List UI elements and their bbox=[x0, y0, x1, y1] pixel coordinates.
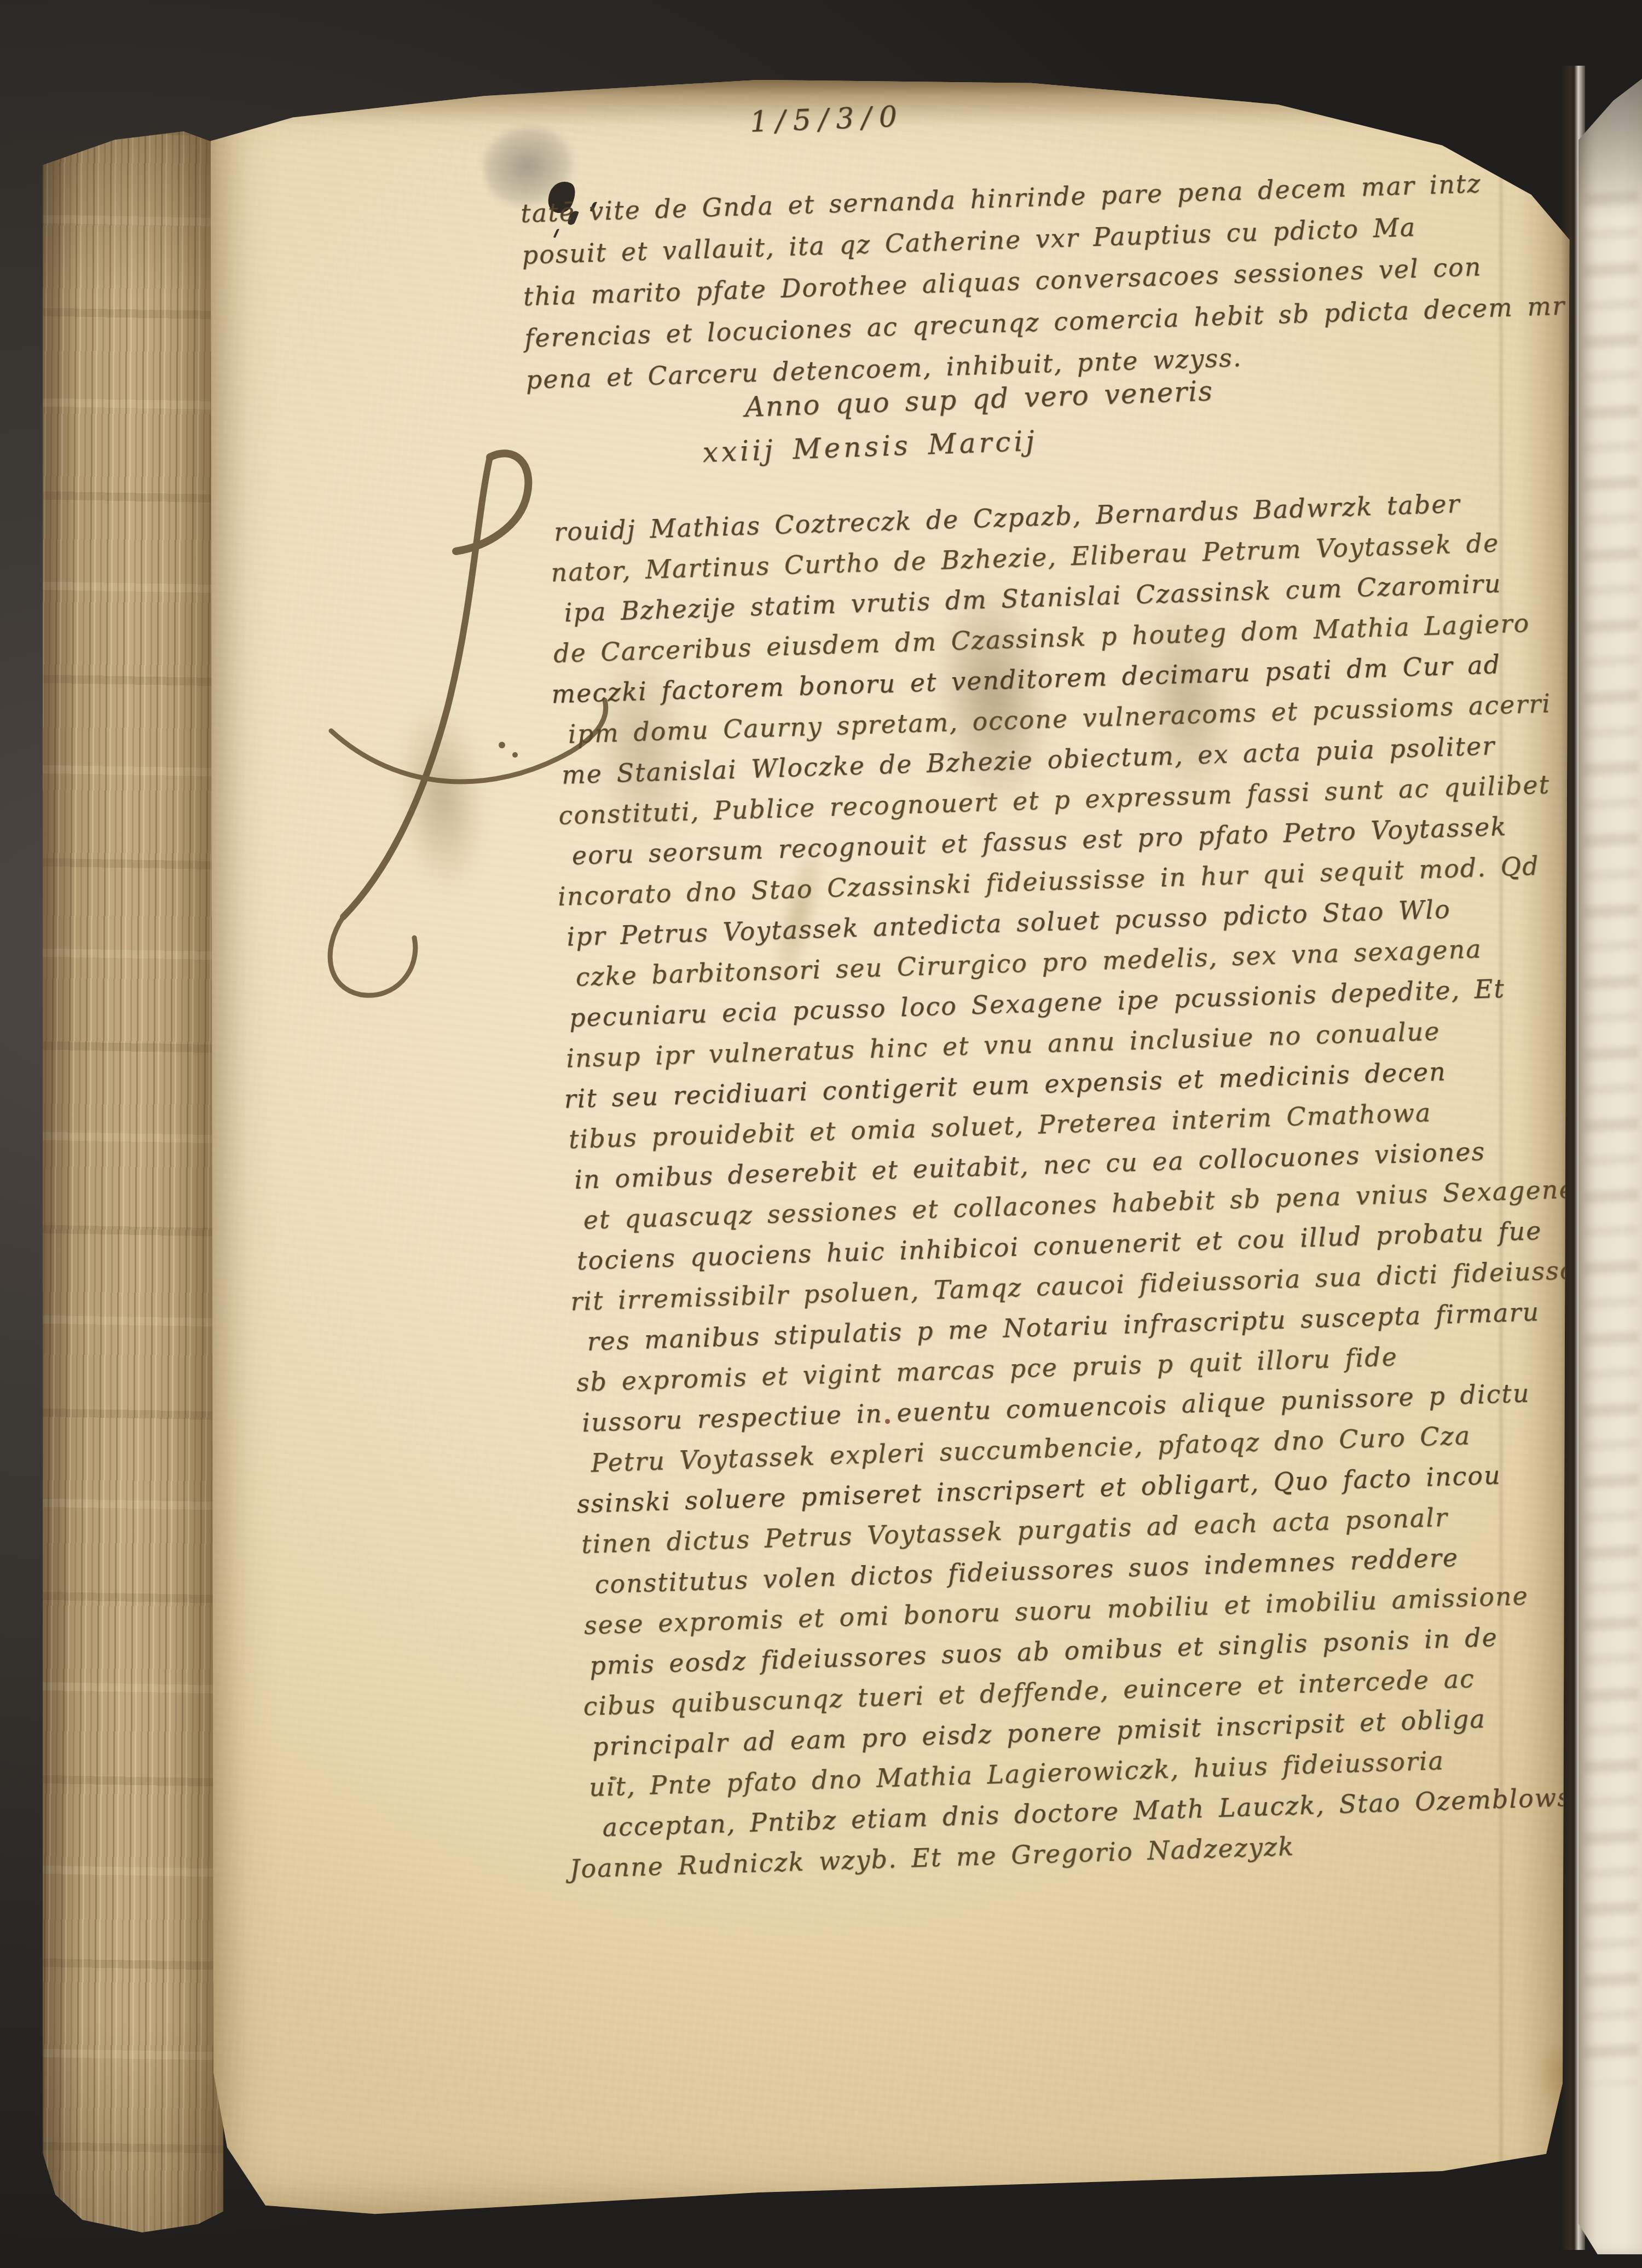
year-date-1530: 1/5/3/0 bbox=[749, 100, 905, 139]
manuscript-page: 1/5/3/0 tatē vite de Gnda et sernanda hi… bbox=[211, 77, 1579, 2223]
next-page-sliver bbox=[1579, 70, 1642, 2254]
page-stack-fore-edge bbox=[43, 131, 223, 2232]
fore-edge-shading bbox=[43, 131, 223, 2232]
photo-background: 1/5/3/0 tatē vite de Gnda et sernanda hi… bbox=[0, 0, 1642, 2268]
main-paragraph: rouidj Mathias Coztreczk de Czpazb, Bern… bbox=[549, 478, 1579, 1889]
show-through-text-ghost bbox=[1584, 169, 1639, 2085]
next-page-top-shadow bbox=[1579, 70, 1642, 245]
